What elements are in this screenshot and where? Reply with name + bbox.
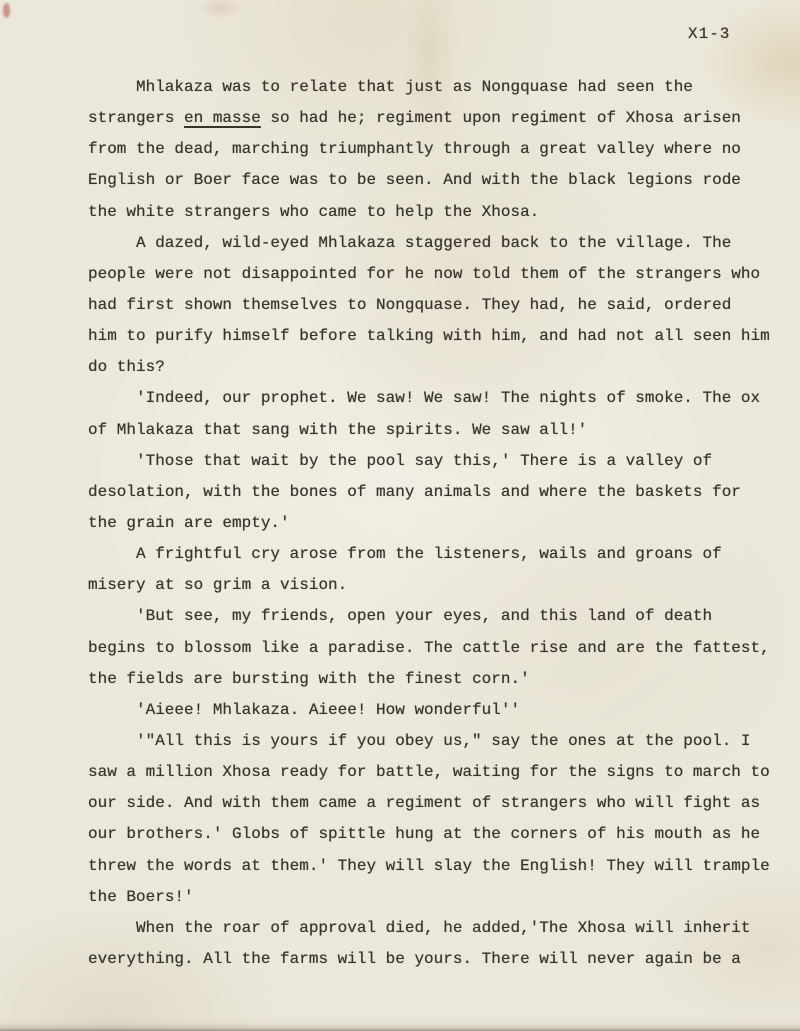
manuscript-page: X1-3 Mhlakaza was to relate that just as… bbox=[0, 0, 800, 1031]
text-line: English or Boer face was to be seen. And… bbox=[88, 165, 788, 196]
text-line: the Boers!' bbox=[88, 882, 788, 913]
text-line: desolation, with the bones of many anima… bbox=[88, 477, 788, 508]
text-segment: strangers bbox=[88, 109, 184, 127]
text-line: him to purify himself before talking wit… bbox=[88, 321, 788, 352]
text-line: had first shown themselves to Nongquase.… bbox=[88, 290, 788, 321]
text-line: 'Indeed, our prophet. We saw! We saw! Th… bbox=[88, 383, 788, 414]
text-line: A dazed, wild-eyed Mhlakaza staggered ba… bbox=[88, 228, 788, 259]
paragraph: A dazed, wild-eyed Mhlakaza staggered ba… bbox=[88, 228, 788, 384]
text-line: the grain are empty.' bbox=[88, 508, 788, 539]
typewritten-text: Mhlakaza was to relate that just as Nong… bbox=[88, 72, 788, 975]
text-line: 'But see, my friends, open your eyes, an… bbox=[88, 601, 788, 632]
paragraph: 'But see, my friends, open your eyes, an… bbox=[88, 601, 788, 694]
text-line: do this? bbox=[88, 352, 788, 383]
text-line: 'Aieee! Mhlakaza. Aieee! How wonderful'' bbox=[88, 695, 788, 726]
text-line: '"All this is yours if you obey us," say… bbox=[88, 726, 788, 757]
text-segment: so had he; regiment upon regiment of Xho… bbox=[261, 109, 741, 127]
paragraph: Mhlakaza was to relate that just as Nong… bbox=[88, 72, 788, 228]
text-line: strangers en masse so had he; regiment u… bbox=[88, 103, 788, 134]
underlined-text: en masse bbox=[184, 109, 261, 127]
paragraph: '"All this is yours if you obey us," say… bbox=[88, 726, 788, 913]
text-line: the white strangers who came to help the… bbox=[88, 197, 788, 228]
text-line: the fields are bursting with the finest … bbox=[88, 664, 788, 695]
paragraph: When the roar of approval died, he added… bbox=[88, 913, 788, 975]
text-line: A frightful cry arose from the listeners… bbox=[88, 539, 788, 570]
text-line: people were not disappointed for he now … bbox=[88, 259, 788, 290]
paragraph: 'Indeed, our prophet. We saw! We saw! Th… bbox=[88, 383, 788, 445]
text-line: Mhlakaza was to relate that just as Nong… bbox=[88, 72, 788, 103]
text-line: our brothers.' Globs of spittle hung at … bbox=[88, 819, 788, 850]
text-line: from the dead, marching triumphantly thr… bbox=[88, 134, 788, 165]
paragraph: 'Aieee! Mhlakaza. Aieee! How wonderful'' bbox=[88, 695, 788, 726]
text-line: misery at so grim a vision. bbox=[88, 570, 788, 601]
text-line: When the roar of approval died, he added… bbox=[88, 913, 788, 944]
page-number: X1-3 bbox=[688, 25, 730, 43]
text-line: 'Those that wait by the pool say this,' … bbox=[88, 446, 788, 477]
text-line: saw a million Xhosa ready for battle, wa… bbox=[88, 757, 788, 788]
paper-stain bbox=[3, 3, 10, 18]
text-line: begins to blossom like a paradise. The c… bbox=[88, 633, 788, 664]
text-line: threw the words at them.' They will slay… bbox=[88, 851, 788, 882]
paragraph: 'Those that wait by the pool say this,' … bbox=[88, 446, 788, 539]
text-line: our side. And with them came a regiment … bbox=[88, 788, 788, 819]
paragraph: A frightful cry arose from the listeners… bbox=[88, 539, 788, 601]
text-line: everything. All the farms will be yours.… bbox=[88, 944, 788, 975]
text-line: of Mhlakaza that sang with the spirits. … bbox=[88, 415, 788, 446]
